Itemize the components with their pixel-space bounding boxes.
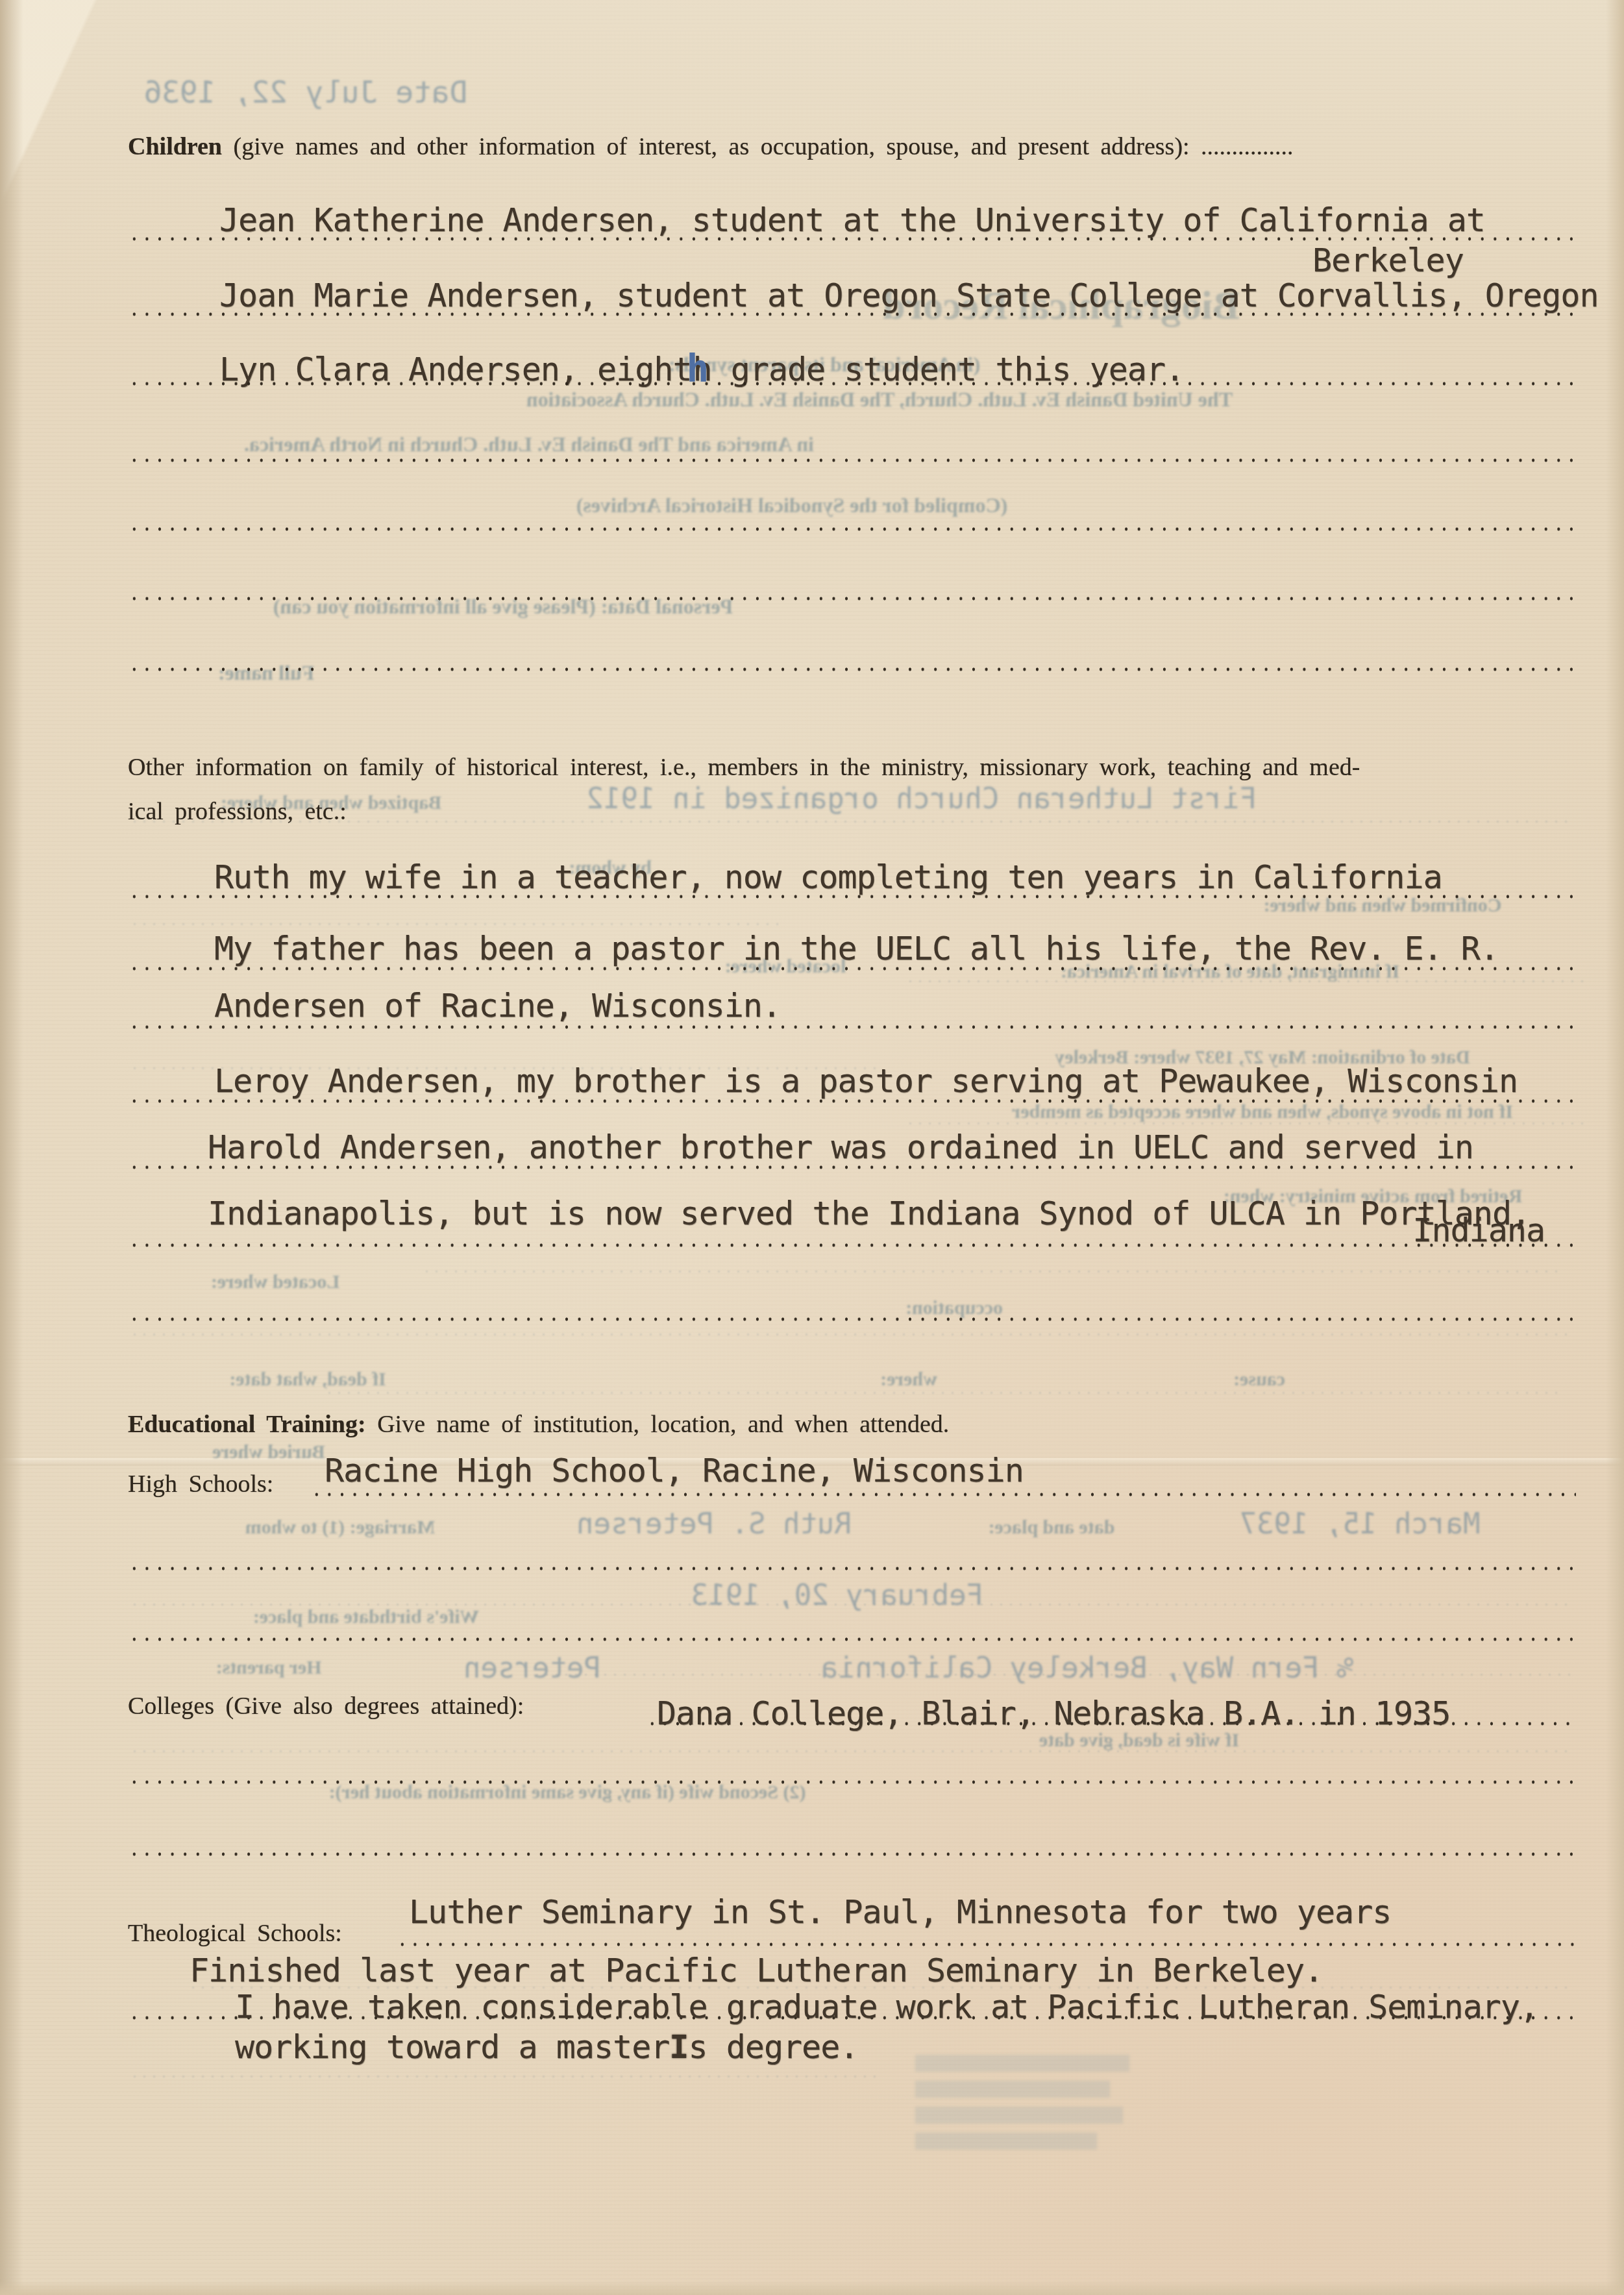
scanned-biographical-form-page: Date July 22, 1936 Biographical Record (… — [0, 0, 1624, 2295]
typewriter-overstrike: I — [669, 2028, 688, 2066]
paper-edge-shadow-right — [1606, 0, 1624, 2295]
bleed-address-bar — [915, 2133, 1097, 2150]
bleed-through-text: Petersen — [389, 1652, 675, 1685]
theological-schools-value-2: Finished last year at Pacific Lutheran S… — [190, 1952, 1323, 1989]
bleed-through-text: cause: — [1181, 1369, 1337, 1391]
bleed-through-text: The United Danish Ev. Luth. Church, The … — [221, 388, 1538, 412]
high-schools-value: Racine High School, Racine, Wisconsin — [325, 1452, 1024, 1489]
child-entry-1: Jean Katherine Andersen, student at the … — [219, 201, 1485, 239]
bleed-address-bar — [915, 2055, 1129, 2072]
dotted-line — [128, 1636, 1575, 1643]
bleed-through-text: Wife's birthdate and place: — [132, 1606, 600, 1628]
family-entry-3: Andersen of Racine, Wisconsin. — [214, 987, 781, 1024]
dotted-line — [128, 1164, 1575, 1171]
bleed-through-text: Date July 22, 1936 — [162, 75, 467, 110]
family-entry-6: Indianapolis, but is now served the Indi… — [208, 1195, 1530, 1232]
family-section-label-line2: ical professions, etc.: — [128, 797, 347, 826]
value-4-text-end: s degree. — [688, 2028, 858, 2066]
colleges-value: Dana College, Blair, Nebraska B.A. in 19… — [657, 1694, 1450, 1732]
theological-schools-value-4: working toward a masterIs degree. — [235, 2028, 858, 2066]
dotted-line — [128, 526, 1575, 532]
bleed-through-text: February 20, 1913 — [662, 1579, 1013, 1612]
colleges-label: Colleges (Give also degrees attained): — [128, 1692, 524, 1720]
bleed-through-text: Marriage: (1) to whom — [132, 1517, 548, 1539]
family-entry-2: My father has been a pastor in the UELC … — [214, 930, 1499, 967]
bleed-through-text: First Lutheran Church organized in 1912 — [532, 782, 1311, 815]
dotted-line — [128, 595, 1575, 602]
child-entry-2: Joan Marie Andersen, student at Oregon S… — [219, 277, 1599, 314]
dotted-line — [128, 893, 1575, 900]
bleed-dotted-line — [532, 1672, 1571, 1677]
family-entry-5: Harold Andersen, another brother was ord… — [208, 1128, 1473, 1166]
bleed-address-bar — [915, 2107, 1123, 2124]
bleed-dotted-line — [905, 979, 1587, 984]
education-label-bold: Educational Training: — [128, 1411, 366, 1438]
bleed-through-text: Ruth S. Petersen — [539, 1507, 889, 1541]
bleed-through-text: date and place: — [909, 1517, 1194, 1539]
children-section-label: Children (give names and other informati… — [128, 132, 1595, 161]
dotted-line — [128, 1098, 1575, 1104]
dotted-line — [128, 1779, 1575, 1785]
bleed-through-text: If wife is dead, give date — [905, 1730, 1373, 1752]
theological-schools-value-1: Luther Seminary in St. Paul, Minnesota f… — [409, 1893, 1391, 1931]
dotted-line — [128, 1565, 1575, 1572]
children-label-rest: (give names and other information of int… — [222, 133, 1294, 160]
bleed-address-bar — [915, 2081, 1110, 2098]
dotted-line — [128, 1316, 1575, 1322]
education-label-rest: Give name of institution, location, and … — [366, 1411, 950, 1438]
bleed-dotted-line — [422, 1269, 1558, 1274]
paper-edge-shadow-bottom — [0, 2281, 1624, 2295]
bleed-dotted-line — [905, 1121, 1587, 1126]
dotted-line — [128, 965, 1575, 972]
dotted-line — [128, 457, 1575, 464]
high-schools-label: High Schools: — [128, 1470, 273, 1498]
bleed-through-text: If dead, what date: — [132, 1369, 483, 1391]
family-entry-1: Ruth my wife in a teacher, now completin… — [214, 858, 1442, 896]
children-label-bold: Children — [128, 133, 222, 160]
theological-schools-label: Theological Schools: — [128, 1919, 342, 1948]
bleed-through-text: (Compiled for the Synodical Historical A… — [360, 493, 1224, 517]
child-entry-1-overflow: Berkeley — [1312, 242, 1464, 279]
theological-schools-value-3: I have taken considerable graduate work … — [235, 1988, 1538, 2026]
bleed-through-text: Located where: — [132, 1271, 418, 1293]
bleed-through-text: March 15, 1937 — [1198, 1507, 1522, 1541]
dotted-line — [310, 1491, 1576, 1498]
bleed-through-text: If not in above synods, when and where a… — [905, 1101, 1619, 1123]
bleed-through-text: Full name: — [130, 661, 402, 685]
bleed-through-text: where: — [831, 1369, 987, 1391]
value-4-text: working toward a master — [235, 2028, 669, 2066]
dotted-line — [396, 1941, 1576, 1948]
bleed-through-text: % Fern Way, Berkeley California — [746, 1652, 1428, 1685]
bleed-through-text: Her parents: — [132, 1657, 405, 1679]
dotted-line — [128, 666, 1575, 673]
dotted-line — [128, 311, 1575, 317]
paper-edge-shadow-left — [0, 0, 23, 2295]
family-section-label-line1: Other information on family of historica… — [128, 753, 1595, 782]
bleed-dotted-line — [130, 1602, 1571, 1607]
bleed-dotted-line — [130, 1332, 1571, 1337]
bleed-dotted-line — [130, 2074, 876, 2079]
bleed-through-text: in America and The Danish Ev. Luth. Chur… — [97, 432, 961, 456]
dotted-line — [128, 1242, 1575, 1248]
bleed-dotted-line — [130, 922, 779, 926]
dotted-line — [128, 1851, 1575, 1857]
bleed-dotted-line — [325, 1391, 1558, 1395]
dotted-line — [128, 1024, 1575, 1030]
bleed-dotted-line — [130, 1749, 1571, 1754]
education-section-label: Educational Training: Give name of insti… — [128, 1410, 949, 1439]
family-entry-4: Leroy Andersen, my brother is a pastor s… — [214, 1062, 1518, 1100]
dotted-line — [128, 380, 1575, 387]
